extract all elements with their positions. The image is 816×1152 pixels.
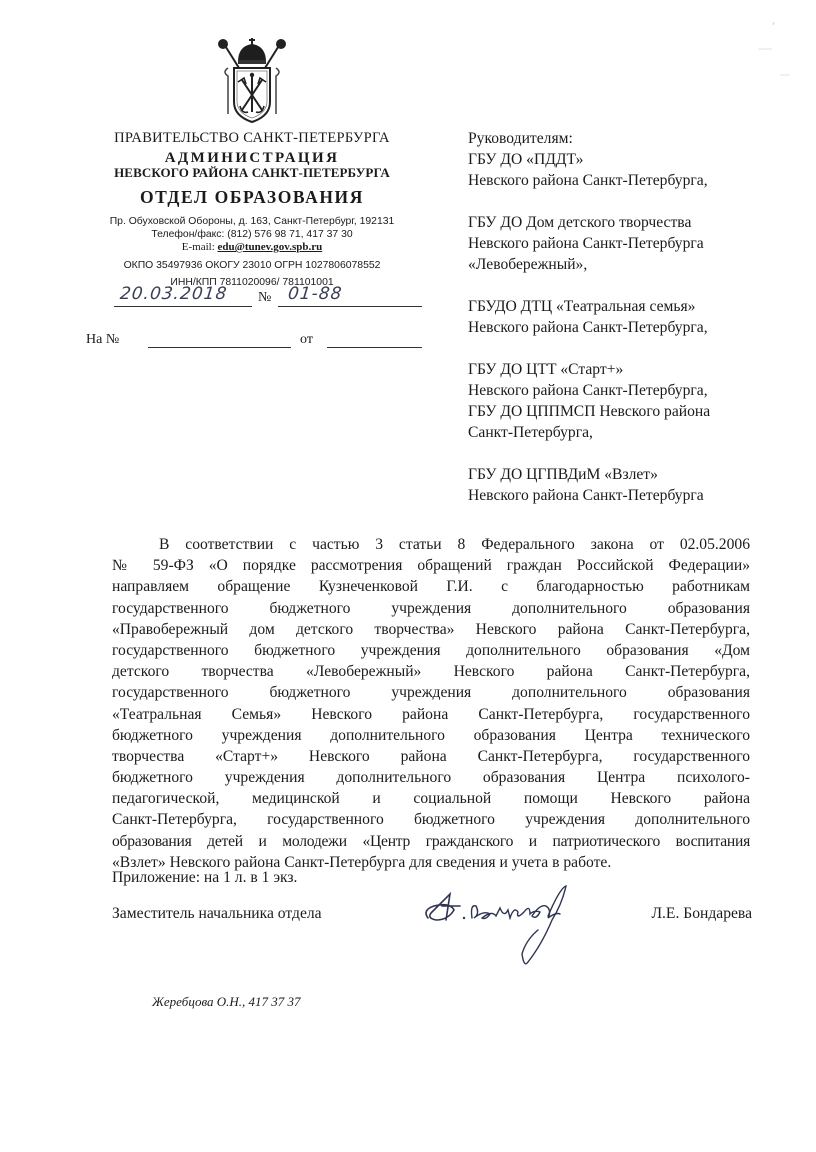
signature-row: Заместитель начальника отдела Л.Е. Бонда… [112, 902, 752, 942]
outgoing-date-field: 20.03.2018 [114, 284, 252, 307]
official-letter-page: ПРАВИТЕЛЬСТВО САНКТ-ПЕТЕРБУРГА АДМИНИСТР… [0, 0, 816, 1152]
district-name: НЕВСКОГО РАЙОНА САНКТ-ПЕТЕРБУРГА [82, 166, 422, 180]
email-line: E-mail: edu@tunev.gov.spb.ru [82, 241, 422, 254]
saint-petersburg-coat-of-arms-icon [214, 36, 290, 128]
body-line: образования детей и молодежи «Центр граж… [112, 831, 750, 852]
addressee-line: Санкт-Петербурга, [468, 422, 788, 443]
body-line: «Театральная Семья» Невского района Санк… [112, 704, 750, 725]
reply-from-date-field [327, 330, 422, 348]
body-line: В соответствии с частью 3 статьи 8 Федер… [112, 534, 750, 555]
postal-address: Пр. Обуховской Обороны, д. 163, Санкт-Пе… [82, 215, 422, 228]
addressee-line: ГБУ ДО ЦППМСП Невского района [468, 401, 788, 422]
reply-reference-line: На № от [82, 330, 422, 350]
scan-noise [780, 74, 790, 76]
reply-to-number-field [148, 330, 291, 348]
outgoing-number-field: 01-88 [278, 284, 422, 307]
outgoing-date: 20.03.2018 [119, 284, 228, 304]
addressee-block: ГБУ ДО «ПДДТ» Невского района Санкт-Пете… [468, 149, 788, 191]
body-line: педагогической, медицинской и социальной… [112, 788, 750, 809]
addressee-line: Невского района Санкт-Петербурга, [468, 380, 788, 401]
reply-from-label: от [300, 332, 313, 348]
addressee-line: Невского района Санкт-Петербурга [468, 485, 788, 506]
body-line: государственного бюджетного учреждения д… [112, 598, 750, 619]
body-line: государственного бюджетного учреждения д… [112, 640, 750, 661]
outgoing-number: 01-88 [287, 284, 344, 304]
addressee-line: ГБУ ДО «ПДДТ» [468, 149, 788, 170]
number-label: № [258, 290, 271, 306]
attachment-note: Приложение: на 1 л. в 1 экз. [112, 867, 297, 888]
phone-fax: Телефон/факс: (812) 576 98 71, 417 37 30 [82, 228, 422, 241]
government-name: ПРАВИТЕЛЬСТВО САНКТ-ПЕТЕРБУРГА [82, 130, 422, 147]
addressee-block: ГБУ ДО ЦГПВДиМ «Взлет» Невского района С… [468, 464, 788, 506]
handwritten-signature-icon [420, 884, 590, 974]
department-name: ОТДЕЛ ОБРАЗОВАНИЯ [82, 187, 422, 207]
addressee-line: Невского района Санкт-Петербурга, [468, 170, 788, 191]
administration-name: АДМИНИСТРАЦИЯ [82, 151, 422, 166]
executor-contact: Жеребцова О.Н., 417 37 37 [152, 994, 301, 1010]
addressee-line: ГБУ ДО ЦТТ «Старт+» [468, 359, 788, 380]
addressee-line: Невского района Санкт-Петербурга [468, 233, 788, 254]
addressee-line: ГБУ ДО ЦГПВДиМ «Взлет» [468, 464, 788, 485]
body-line: № 59-ФЗ «О порядке рассмотрения обращени… [112, 555, 750, 576]
body-line: творчества «Старт+» Невского района Санк… [112, 746, 750, 767]
registry-codes: ОКПО 35497936 ОКОГУ 23010 ОГРН 102780607… [82, 259, 422, 272]
addressee-line: ГБУ ДО Дом детского творчества [468, 212, 788, 233]
body-line: бюджетного учреждения дополнительного об… [112, 725, 750, 746]
addressees: Руководителям: ГБУ ДО «ПДДТ» Невского ра… [468, 128, 788, 506]
email-link[interactable]: edu@tunev.gov.spb.ru [218, 241, 323, 253]
body-line: государственного бюджетного учреждения д… [112, 682, 750, 703]
addressee-block: ГБУ ДО ЦТТ «Старт+» Невского района Санк… [468, 359, 788, 443]
body-line: бюджетного учреждения дополнительного об… [112, 767, 750, 788]
scan-noise [772, 22, 775, 25]
addressee-block: ГБУДО ДТЦ «Театральная семья» Невского р… [468, 296, 788, 338]
body-line: детского творчества «Левобережный» Невск… [112, 661, 750, 682]
registration-line: 20.03.2018 № 01-88 [114, 284, 422, 308]
addressee-line: Невского района Санкт-Петербурга, [468, 317, 788, 338]
body-line: Санкт-Петербурга, государственного бюдже… [112, 809, 750, 830]
signatory-name: Л.Е. Бондарева [651, 905, 752, 923]
reply-to-label: На № [86, 332, 119, 348]
body-line: направляем обращение Кузнеченковой Г.И. … [112, 576, 750, 597]
addressee-line: «Левобережный», [468, 254, 788, 275]
signatory-position: Заместитель начальника отдела [112, 905, 322, 923]
addressees-heading: Руководителям: [468, 128, 788, 149]
letter-body: В соответствии с частью 3 статьи 8 Федер… [112, 534, 750, 873]
email-label: E-mail: [182, 241, 218, 253]
body-line: «Правобережный дом детского творчества» … [112, 619, 750, 640]
addressee-block: ГБУ ДО Дом детского творчества Невского … [468, 212, 788, 275]
addressee-line: ГБУДО ДТЦ «Театральная семья» [468, 296, 788, 317]
letterhead: ПРАВИТЕЛЬСТВО САНКТ-ПЕТЕРБУРГА АДМИНИСТР… [82, 36, 422, 289]
scan-noise [758, 48, 772, 50]
